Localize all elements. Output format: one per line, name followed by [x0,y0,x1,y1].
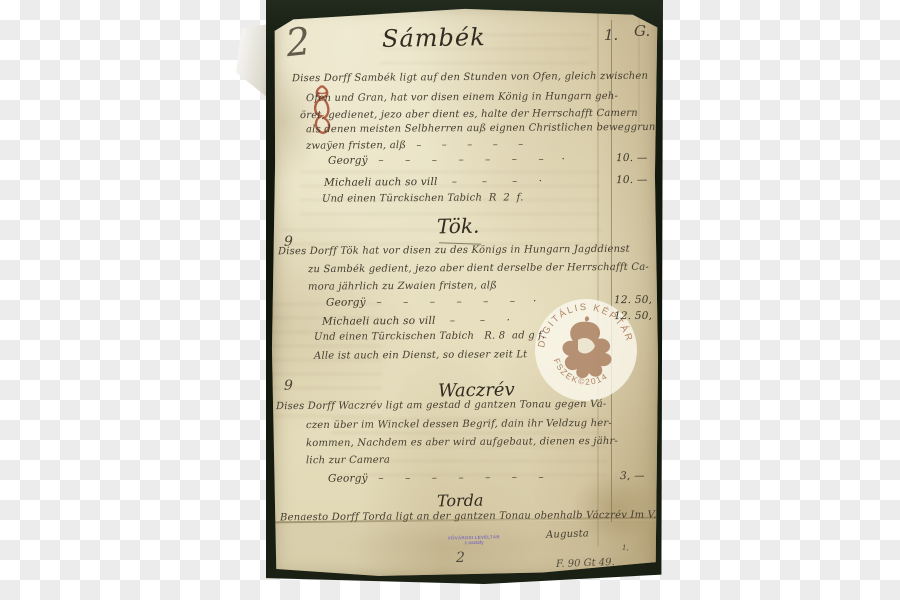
body-line: als denen meisten Selbherren auß eignen … [306,122,678,136]
library-ink-stamp: FŐVÁROSI LEVÉLTÁR 1 osztály [442,534,506,546]
body-line: czen über im Winckel dessen Begrif, dain… [306,418,612,431]
opening-flourish-mark: 2 [284,19,313,65]
body-line: Und einen Türckischen Tabich R 2 f. [322,192,524,204]
entry-amount: 10. — [616,174,648,186]
section-heading-tok: Tök. [437,214,480,239]
ink-bleedthrough [300,165,600,215]
entry-label: Michaeli auch so vill – – – · [324,175,542,189]
section-heading-sambek: Sámbék [382,23,486,53]
margin-paragraph-mark: 9 [284,378,293,394]
manuscript-page: DIGITÁLIS KÉPTÁR FSZEK©2014 1. G. 2 Sámb… [270,2,660,580]
body-line: zwaÿen fristen, alß – – – – – [306,139,523,152]
entry-label: Georgÿ – – – – – – – [328,471,544,485]
body-line: Dises Dorff Tök hat vor disen zu des Kön… [278,244,630,257]
body-line: Dises Dorff Waczrév ligt am gestad d gan… [276,399,606,412]
body-line: Dises Dorff Sambék ligt auf den Stunden … [292,71,648,84]
entry-label: Michaeli auch so vill – – · [322,314,510,327]
entry-amount: 10. — [616,152,648,164]
folio-mark-right: G. [634,22,650,40]
body-line: mora jährlich zu Zwaien fristen, alß [308,280,497,292]
body-line: Benaesto Dorff Torda ligt an der gantzen… [280,510,657,524]
scanned-document-canvas: DIGITÁLIS KÉPTÁR FSZEK©2014 1. G. 2 Sámb… [0,0,900,600]
vertical-fold-crease [597,2,599,547]
entry-amount: 12. 50, [614,310,652,322]
entry-amount: 3, — [620,470,645,482]
entry-label: Georgÿ – – – – – – · [326,295,537,308]
body-line: öret, gedienet, jezo aber dient es, halt… [300,108,638,121]
page-number: 2 [456,550,465,566]
body-line: Ofen und Gran, hat vor disen einem König… [306,91,618,104]
section-heading-torda: Torda [437,491,484,511]
footer-annotation: Augusta [546,528,589,540]
body-line: lich zur Camera [306,455,390,467]
entry-amount: 12. 50, [614,294,652,306]
corner-fold-crease [638,2,640,122]
entry-label: Georgÿ – – – – – – – · [328,153,565,167]
section-heading-waczrev: Waczrév [438,379,515,401]
folio-mark-left: 1. [604,26,618,44]
margin-tick: 1, [622,544,629,552]
body-line: kommen, Nachdem es aber wird aufgebaut, … [306,436,618,449]
body-line: Alle ist auch ein Dienst, so dieser zeit… [314,349,527,361]
stain [330,522,570,572]
body-line: Und einen Türckischen Tabich R. 8 ad g f… [314,330,545,343]
